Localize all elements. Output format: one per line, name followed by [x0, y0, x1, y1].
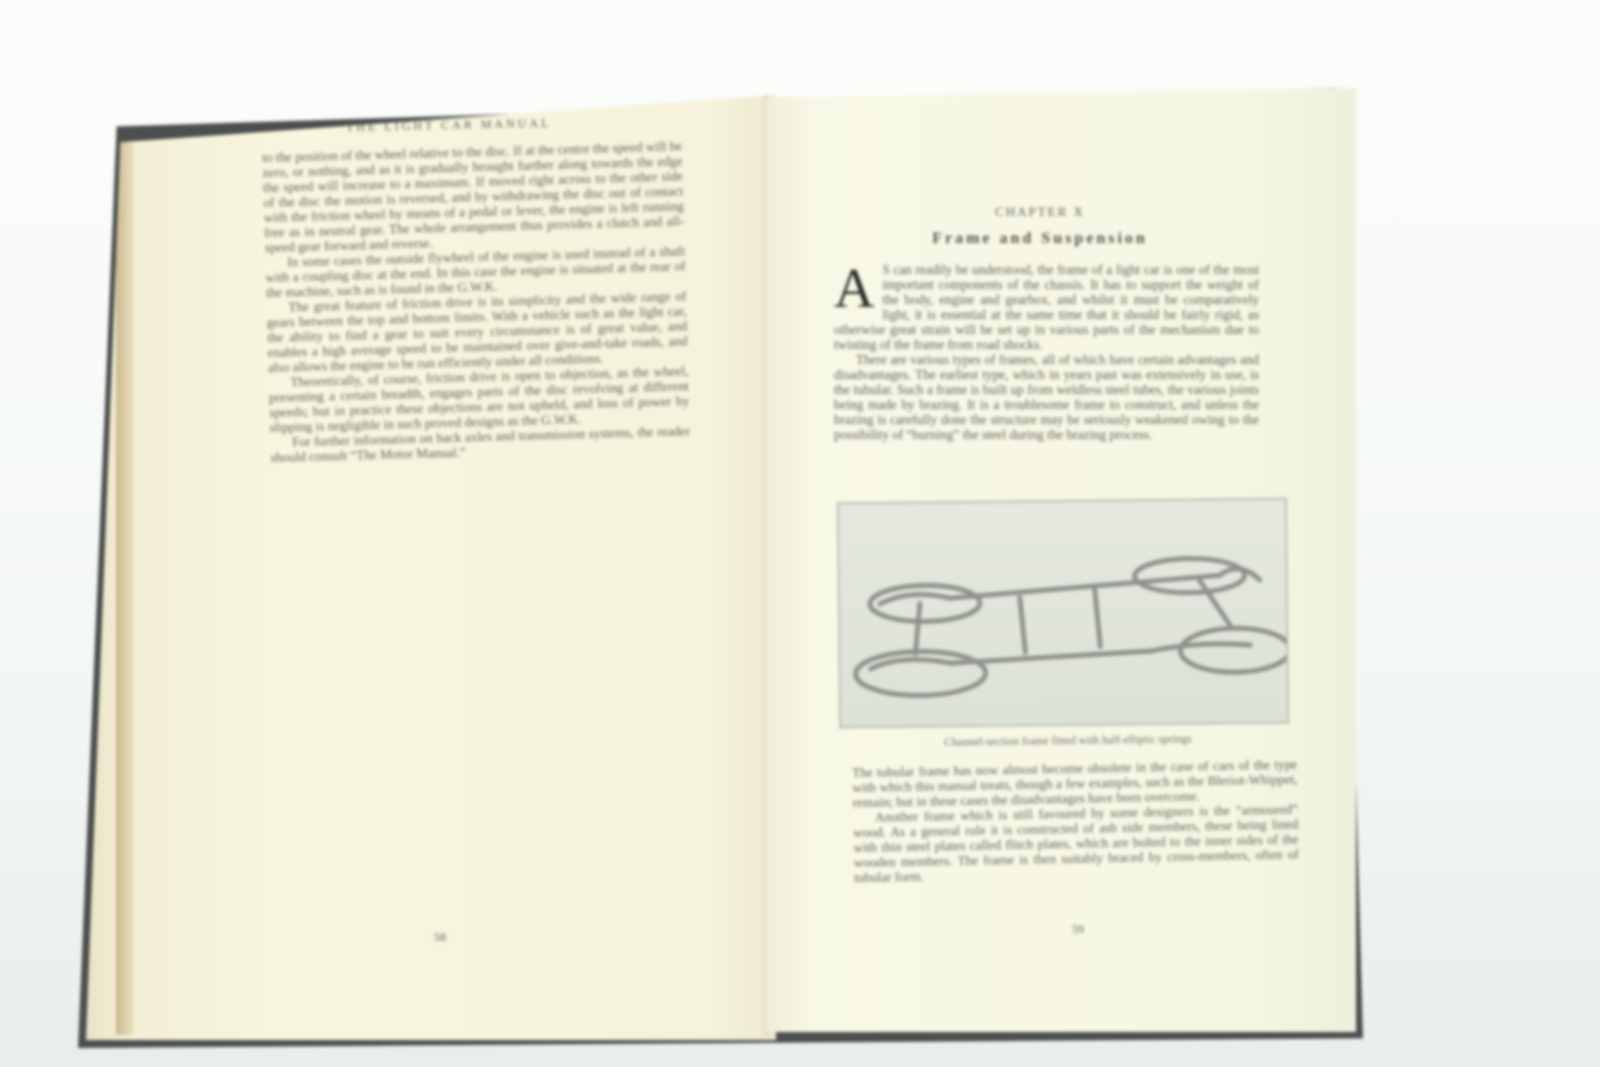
page-edges	[116, 135, 134, 1035]
paragraph: There are various types of frames, all o…	[834, 352, 1259, 442]
right-page-number: 59	[1072, 922, 1084, 937]
intro-paragraph: AS can readily be understood, the frame …	[834, 262, 1259, 352]
left-page-body: to the position of the wheel relative to…	[262, 138, 691, 465]
drop-cap: A	[834, 266, 874, 312]
left-page-number: 58	[434, 930, 446, 945]
frame-illustration	[837, 498, 1289, 729]
chassis-frame-drawing	[839, 500, 1287, 727]
paragraph: to the position of the wheel relative to…	[262, 138, 685, 255]
paragraph: The great feature of friction drive is i…	[266, 288, 688, 375]
chapter-label: CHAPTER X	[970, 204, 1110, 220]
right-page-body: The tubular frame has now almost become …	[852, 756, 1299, 885]
chapter-title: Frame and Suspension	[900, 230, 1180, 248]
book-photo: THE LIGHT CAR MANUAL to the position of …	[0, 0, 1600, 1067]
right-page-intro: AS can readily be understood, the frame …	[834, 262, 1259, 442]
paragraph: Another frame which is still favoured by…	[853, 801, 1299, 885]
